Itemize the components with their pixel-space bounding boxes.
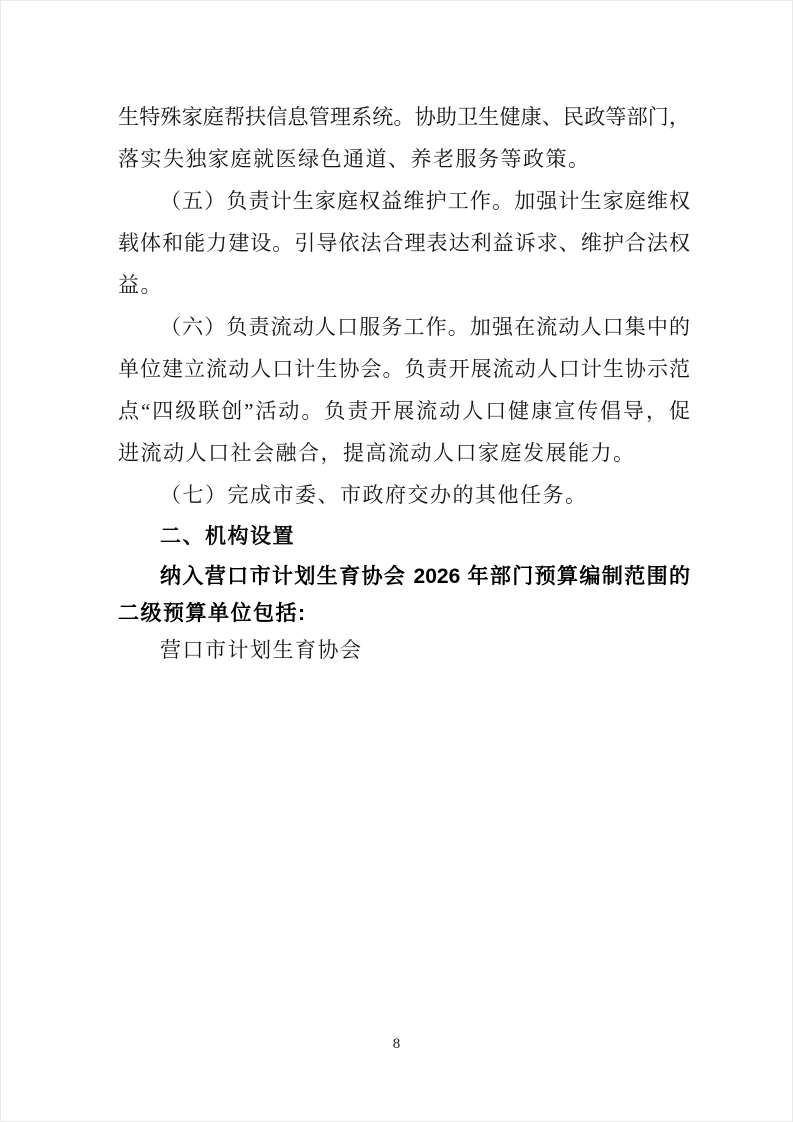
paragraph-six-line-3: 点“四级联创”活动。负责开展流动人口健康宣传倡导，促 <box>118 390 690 432</box>
paragraph-six-line-1: （六）负责流动人口服务工作。加强在流动人口集中的 <box>118 306 690 348</box>
page-number: 8 <box>0 1036 793 1053</box>
budget-unit-name: 营口市计划生育协会 <box>118 632 690 669</box>
paragraph-six-line-4: 进流动人口社会融合，提高流动人口家庭发展能力。 <box>118 432 690 474</box>
paragraph-five-line-2: 载体和能力建设。引导依法合理表达利益诉求、维护合法权 <box>118 222 690 264</box>
budget-scope-line-1: 纳入营口市计划生育协会 2026 年部门预算编制范围的 <box>118 558 690 595</box>
paragraph-four-continuation-line-2: 落实失独家庭就医绿色通道、养老服务等政策。 <box>118 138 690 180</box>
paragraph-six-line-2: 单位建立流动人口计生协会。负责开展流动人口计生协示范 <box>118 348 690 390</box>
text-block: 生特殊家庭帮扶信息管理系统。协助卫生健康、民政等部门， 落实失独家庭就医绿色通道… <box>118 96 690 669</box>
budget-scope-line-2: 二级预算单位包括: <box>118 595 690 632</box>
paragraph-seven-line: （七）完成市委、市政府交办的其他任务。 <box>118 474 690 516</box>
paragraph-four-continuation-line-1: 生特殊家庭帮扶信息管理系统。协助卫生健康、民政等部门， <box>118 96 690 138</box>
paragraph-five-line-3: 益。 <box>118 264 690 306</box>
paragraph-five-line-1: （五）负责计生家庭权益维护工作。加强计生家庭维权 <box>118 180 690 222</box>
section-heading-organization-setup: 二、机构设置 <box>118 516 690 558</box>
document-page: 生特殊家庭帮扶信息管理系统。协助卫生健康、民政等部门， 落实失独家庭就医绿色通道… <box>0 0 793 1122</box>
